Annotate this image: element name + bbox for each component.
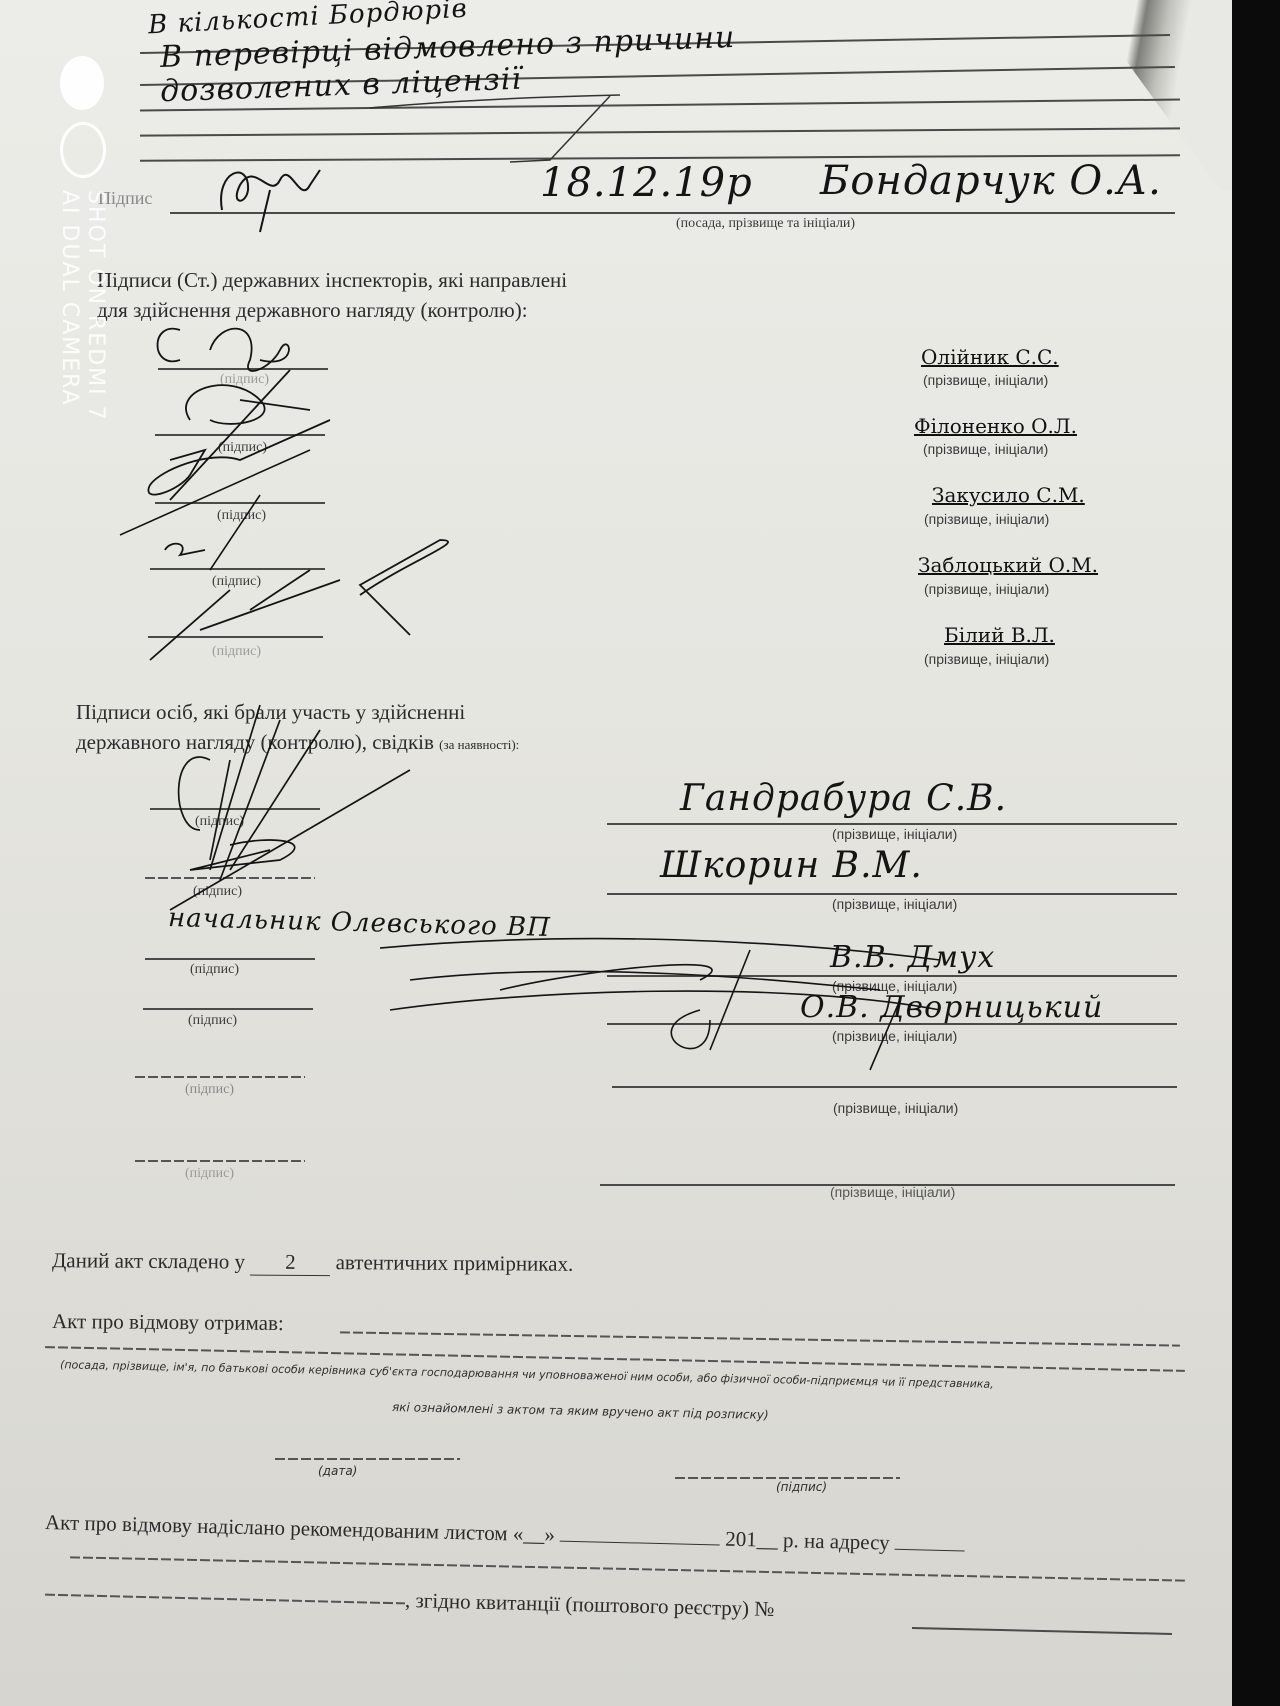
copies-statement: Даний акт складено у 2 автентичних примі… [52,1248,573,1278]
name-caption: (прізвище, ініціали) [832,896,957,912]
watermark-text: SHOT ON REDMI 7 AI DUAL CAMERA [56,190,108,422]
signature-caption: (підпис) [185,1082,234,1098]
ruled-line [140,127,1180,136]
signature-caption: (підпис) [190,962,239,978]
strike-mark [360,90,660,170]
name-caption: (прізвище, ініціали) [832,826,957,842]
name-caption: (прізвище, ініціали) [830,1184,955,1200]
copies-count: 2 [250,1250,330,1277]
name-caption: (прізвище, ініціали) [924,651,1049,667]
date-caption: (дата) [318,1464,357,1478]
participant-overlap-signatures [380,920,1140,1080]
watermark-line-2: AI DUAL CAMERA [57,190,82,407]
watermark-dot-outline-icon [60,122,106,178]
inspector-name: Олійник С.С. [921,345,1059,369]
signature-caption: (посада, прізвище та ініціали) [676,216,855,232]
inspector-name: Філоненко О.Л. [914,414,1077,438]
signature-date: 18.12.19р [540,160,753,206]
inspector-signatures-graphic [110,310,470,670]
year-blank: 201__ [725,1527,778,1552]
address-line-2 [45,1594,405,1604]
date-line [275,1458,460,1460]
day-placeholder: «__» [513,1521,556,1546]
watermark-dot-filled-icon [60,56,104,110]
address-blank [895,1549,965,1552]
refusal-signature-caption: (підпис) [776,1480,827,1494]
inspector-name: Білий В.Л. [944,623,1055,647]
name-caption: (прізвище, ініціали) [923,441,1048,457]
refusal-sent-line-3: , згідно квитанції (поштового реєстру) № [405,1588,775,1622]
refusal-received-line [340,1331,1180,1346]
signature-caption: (підпис) [188,1013,237,1029]
name-caption: (прізвище, ініціали) [923,372,1048,388]
inspector-name: Закусило С.М. [932,483,1085,507]
copies-suffix: автентичних примірниках. [336,1250,574,1276]
participants-heading-note: (за наявності): [439,737,519,752]
camera-watermark: SHOT ON REDMI 7 AI DUAL CAMERA [46,40,116,490]
signature-caption: (підпис) [185,1166,234,1182]
refusal-received-label: Акт про відмову отримав: [52,1309,284,1336]
refusal-sent-text: Акт про відмову надіслано рекомендованим… [45,1510,508,1545]
refusal-sent-line-1: Акт про відмову надіслано рекомендованим… [45,1510,966,1557]
refusal-received-caption-2: які ознайомлені з актом та яким вручено … [392,1400,769,1422]
refusal-signature-line [675,1477,900,1479]
watermark-line-1: SHOT ON REDMI 7 [83,190,108,422]
registry-number-line [912,1627,1172,1634]
name-caption: (прізвище, ініціали) [924,511,1049,527]
name-caption: (прізвище, ініціали) [924,581,1049,597]
copies-prefix: Даний акт складено у [52,1248,245,1273]
signature-name: Бондарчук О.А. [820,158,1162,204]
month-blank [560,1541,720,1546]
document-page: В кількості Бордюрів В перевірці відмовл… [0,0,1232,1706]
participant-name: Гандрабура С.В. [680,778,1007,819]
address-label: р. на адресу [783,1528,890,1555]
participant-name: Шкорин В.М. [660,845,923,886]
inspector-name: Заблоцький О.М. [918,553,1098,577]
inspectors-heading-line-1: Підписи (Ст.) державних інспекторів, які… [97,268,567,293]
name-caption: (прізвище, ініціали) [833,1100,958,1116]
signature-graphic [210,150,350,235]
address-line [70,1556,1185,1581]
